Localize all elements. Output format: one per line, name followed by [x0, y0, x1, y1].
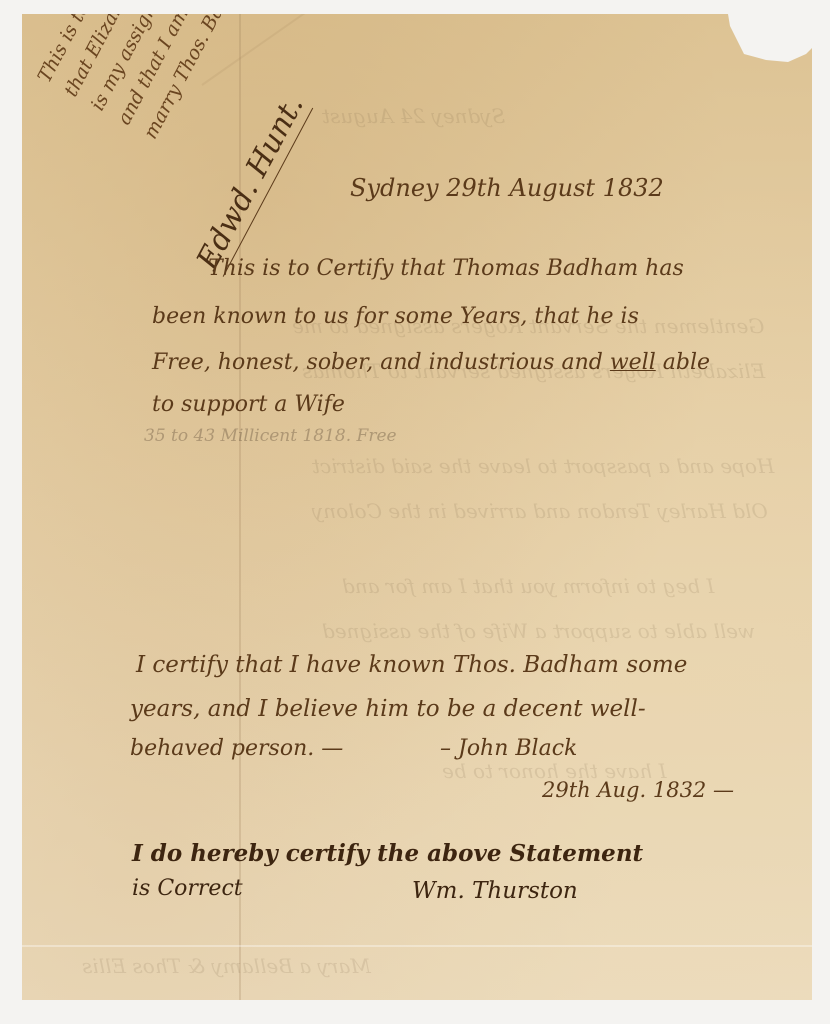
second-certificate-line: years, and I believe him to be a decent … [130, 696, 646, 722]
bleed-through-text: Hope and a passport to leave the said di… [312, 454, 774, 478]
bleed-through-text: well able to support a Wife of the assig… [322, 619, 755, 643]
signature-edwd-hunt: Edwd. Hunt. [190, 90, 313, 277]
body-line: been known to us for some Years, that he… [152, 304, 639, 329]
signature-wm-thurston: Wm. Thurston [412, 878, 578, 904]
diagonal-fold-line [201, 0, 694, 86]
underlined-word: well [610, 350, 656, 375]
document-paper: Sydney 24 August Gentlemen the Servant R… [22, 14, 812, 1000]
bleed-through-text: Old Harley Tendon and arrived in the Col… [312, 499, 768, 523]
third-certificate-line: is Correct [132, 876, 243, 901]
body-line: This is to Certify that Thomas Badham ha… [208, 256, 684, 281]
body-line: Free, honest, sober, and industrious and… [152, 350, 710, 375]
second-certificate-line: behaved person. — [130, 736, 343, 761]
pencil-annotation: 35 to 43 Millicent 1818. Free [144, 426, 397, 446]
place-date-line: Sydney 29th August 1832 [350, 174, 664, 202]
horizontal-fold-line [22, 945, 812, 947]
body-line: to support a Wife [152, 392, 345, 417]
signature-john-black: – John Black [440, 736, 577, 761]
third-certificate-line: I do hereby certify the above Statement [132, 840, 643, 867]
bleed-through-text: Mary a Bellamy & Thos Ellis [82, 954, 371, 978]
bleed-through-text: I beg to inform you that I am for and [342, 574, 714, 598]
bleed-through-text: Sydney 24 August [322, 104, 505, 128]
second-certificate-line: I certify that I have known Thos. Badham… [136, 652, 687, 678]
second-certificate-date: 29th Aug. 1832 — [542, 778, 734, 802]
